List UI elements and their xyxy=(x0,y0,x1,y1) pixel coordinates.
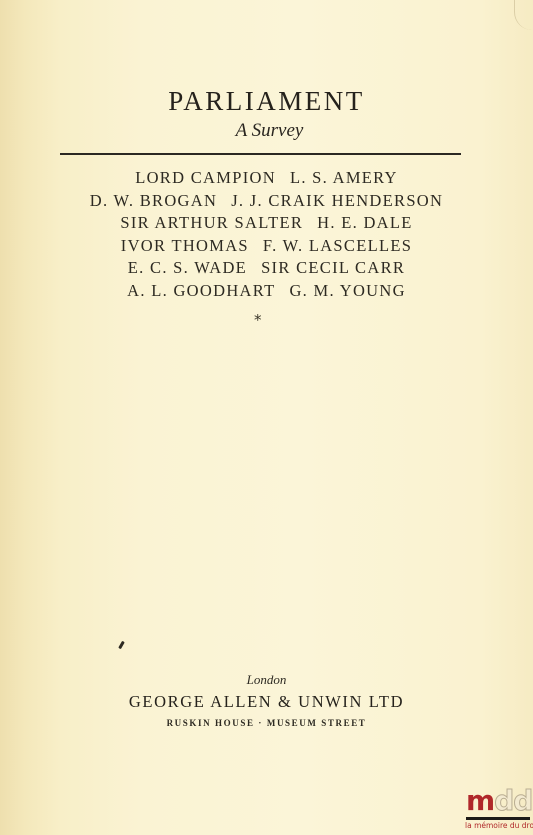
author-line: LORD CAMPIONL. S. AMERY xyxy=(0,167,533,190)
logo-mdd-icon: mdd xyxy=(466,786,532,816)
author-name: E. C. S. WADE xyxy=(128,258,247,277)
logo-bar xyxy=(466,817,530,820)
title-page: PARLIAMENT A Survey LORD CAMPIONL. S. AM… xyxy=(0,0,533,835)
imprint-publisher: GEORGE ALLEN & UNWIN LTD xyxy=(0,692,533,712)
author-name: G. M. YOUNG xyxy=(289,281,405,300)
author-list: LORD CAMPIONL. S. AMERY D. W. BROGANJ. J… xyxy=(0,167,533,302)
book-subtitle: A Survey xyxy=(0,120,533,142)
imprint-city: London xyxy=(0,672,533,688)
author-name: LORD CAMPION xyxy=(135,168,276,187)
page-corner-curl xyxy=(514,0,533,30)
title-rule-divider xyxy=(60,153,461,155)
author-line: IVOR THOMASF. W. LASCELLES xyxy=(0,235,533,258)
author-name: L. S. AMERY xyxy=(290,168,398,187)
author-line: D. W. BROGANJ. J. CRAIK HENDERSON xyxy=(0,190,533,213)
author-name: A. L. GOODHART xyxy=(127,281,275,300)
watermark-logo: mdd la mémoire du droit xyxy=(462,786,532,832)
imprint-address: RUSKIN HOUSE · MUSEUM STREET xyxy=(0,718,533,728)
author-line: SIR ARTHUR SALTERH. E. DALE xyxy=(0,212,533,235)
author-name: SIR CECIL CARR xyxy=(261,258,405,277)
book-title: PARLIAMENT xyxy=(0,86,533,117)
author-name: J. J. CRAIK HENDERSON xyxy=(231,191,443,210)
author-line: A. L. GOODHARTG. M. YOUNG xyxy=(0,280,533,303)
author-name: SIR ARTHUR SALTER xyxy=(120,213,303,232)
author-line: E. C. S. WADESIR CECIL CARR xyxy=(0,257,533,280)
author-name: IVOR THOMAS xyxy=(121,236,249,255)
asterisk-ornament: * xyxy=(254,311,262,329)
author-name: H. E. DALE xyxy=(317,213,412,232)
author-name: D. W. BROGAN xyxy=(90,191,217,210)
ink-mark xyxy=(118,641,125,649)
author-name: F. W. LASCELLES xyxy=(263,236,412,255)
logo-tagline: la mémoire du droit xyxy=(465,821,533,830)
